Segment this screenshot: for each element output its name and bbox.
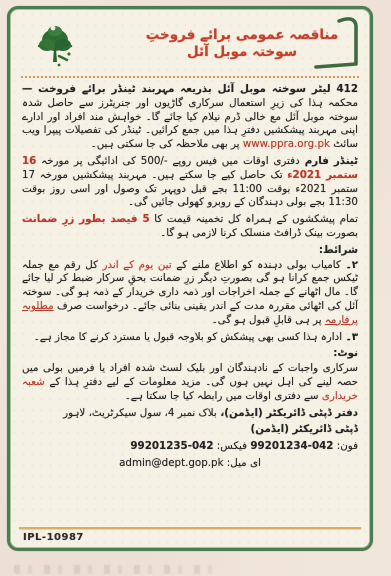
corner-ornament <box>311 13 363 75</box>
notice-header: مناقصہ عمومی برائے فروختِ سوختہ موبل آئل <box>19 15 361 73</box>
notice-body: 412 لیٹر سوختہ موبل آئل بذریعہ مہربند ٹی… <box>19 80 361 523</box>
email-line: ای میل: admin@dept.gop.pk <box>22 457 358 471</box>
department-emblem-icon <box>29 18 81 70</box>
heading-terms: شرائط: <box>22 244 358 258</box>
footer-divider <box>19 527 361 529</box>
para-condition-2: ۲۔ کامیاب بولی دہندہ کو اطلاع ملنے کے تی… <box>22 259 358 328</box>
signature-line: ڈپٹی ڈائریکٹر (ایڈمن) <box>22 423 358 437</box>
heading-note: نوٹ: <box>22 347 358 361</box>
para-condition-3: ۳۔ ادارہ ہذا کسی بھی پیشکش کو بلاوجہ قبو… <box>22 331 358 345</box>
phone-line: فون: 042-99201234 فیکس: 042-99201235 <box>22 440 358 454</box>
para-intro: 412 لیٹر سوختہ موبل آئل بذریعہ مہربند ٹی… <box>22 83 358 152</box>
header-divider-dotted <box>21 76 359 78</box>
para-office-address: دفتر ڈپٹی ڈائریکٹر (ایڈمن)، بلاک نمبر 4،… <box>22 407 358 421</box>
para-note: سرکاری واجبات کے نادہندگان اور بلیک لسٹ … <box>22 362 358 403</box>
para-earnest-money: تمام پیشکشوں کے ہمراہ کل تخمینہ قیمت کا … <box>22 213 358 241</box>
notice-frame: مناقصہ عمومی برائے فروختِ سوختہ موبل آئل… <box>7 6 373 551</box>
print-bleed-artifact <box>14 565 214 574</box>
scanned-newspaper-page: { "notice": { "title": "مناقصہ عمومی برا… <box>0 0 391 576</box>
press-reference-code: IPL-10987 <box>19 532 361 543</box>
para-tender-form: ٹینڈر فارم دفتری اوقات میں فیس روپے ‎500… <box>22 155 358 210</box>
